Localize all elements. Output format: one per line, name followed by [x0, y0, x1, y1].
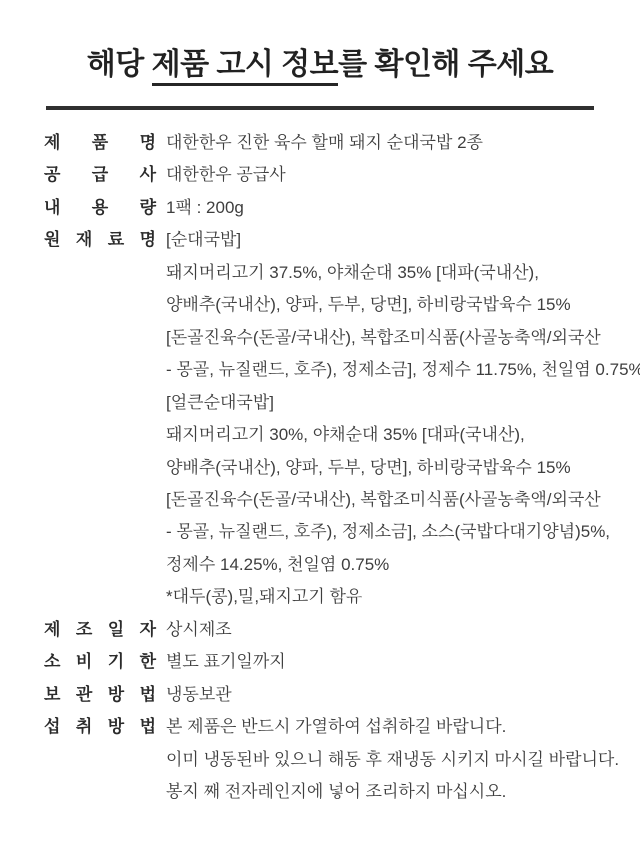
value-manufacture-date: 상시제조 [166, 614, 232, 646]
ingredient-line: 양배추(국내산), 양파, 두부, 당면], 하비랑국밥육수 15% [166, 452, 640, 484]
storage-method-line: 냉동보관 [166, 679, 232, 711]
supplier-line: 대한한우 공급사 [166, 159, 286, 191]
page-title-underlined-phrase: 제품 고시 정보 [152, 48, 339, 86]
row-consumption-method: 섭 취 방 법 본 제품은 반드시 가열하여 섭취하길 바랍니다.이미 냉동된바… [44, 711, 640, 808]
label-product-name: 제 품 명 [44, 127, 156, 159]
row-supplier: 공 급 사 대한한우 공급사 [44, 159, 640, 191]
value-product-name: 대한한우 진한 육수 할매 돼지 순대국밥 2종 [166, 127, 483, 159]
ingredient-line: - 몽골, 뉴질랜드, 호주), 정제소금], 정제수 11.75%, 천일염 … [166, 354, 640, 386]
ingredient-line: *대두(콩),밀,돼지고기 함유 [166, 581, 640, 613]
ingredient-line: 돼지머리고기 37.5%, 야채순대 35% [대파(국내산), [166, 257, 640, 289]
label-storage-method: 보 관 방 법 [44, 679, 156, 711]
ingredient-line: [돈골진육수(돈골/국내산), 복합조미식품(사골농축액/외국산 [166, 484, 640, 516]
consumption-method-line: 이미 냉동된바 있으니 해동 후 재냉동 시키지 마시길 바랍니다. [166, 744, 619, 776]
consumption-method-line: 봉지 째 전자레인지에 넣어 조리하지 마십시오. [166, 776, 619, 808]
row-ingredients: 원 재 료 명 [순대국밥]돼지머리고기 37.5%, 야채순대 35% [대파… [44, 224, 640, 613]
net-content-line: 1팩 : 200g [166, 192, 244, 224]
page-title-suffix: 를 확인해 주세요 [338, 48, 553, 81]
row-product-name: 제 품 명 대한한우 진한 육수 할매 돼지 순대국밥 2종 [44, 127, 640, 159]
label-consumption-method: 섭 취 방 법 [44, 711, 156, 743]
value-storage-method: 냉동보관 [166, 679, 232, 711]
value-net-content: 1팩 : 200g [166, 192, 244, 224]
page-title-prefix: 해당 [87, 48, 152, 81]
ingredient-line: - 몽골, 뉴질랜드, 호주), 정제소금], 소스(국밥다대기양념)5%, [166, 516, 640, 548]
ingredient-line: 돼지머리고기 30%, 야채순대 35% [대파(국내산), [166, 419, 640, 451]
ingredient-line: 양배추(국내산), 양파, 두부, 당면], 하비랑국밥육수 15% [166, 289, 640, 321]
label-consume-by: 소 비 기 한 [44, 646, 156, 678]
ingredient-line: [돈골진육수(돈골/국내산), 복합조미식품(사골농축액/외국산 [166, 322, 640, 354]
row-manufacture-date: 제 조 일 자 상시제조 [44, 614, 640, 646]
value-consume-by: 별도 표기일까지 [166, 646, 286, 678]
page-title: 해당 제품 고시 정보를 확인해 주세요 [0, 42, 640, 88]
ingredient-line: [얼큰순대국밥] [166, 387, 640, 419]
ingredient-line: 정제수 14.25%, 천일염 0.75% [166, 549, 640, 581]
label-net-content: 내 용 량 [44, 192, 156, 224]
manufacture-date-line: 상시제조 [166, 614, 232, 646]
row-storage-method: 보 관 방 법 냉동보관 [44, 679, 640, 711]
title-divider [46, 106, 594, 110]
consumption-method-line: 본 제품은 반드시 가열하여 섭취하길 바랍니다. [166, 711, 619, 743]
ingredient-line: [순대국밥] [166, 224, 640, 256]
product-name-line: 대한한우 진한 육수 할매 돼지 순대국밥 2종 [166, 127, 483, 159]
row-net-content: 내 용 량 1팩 : 200g [44, 192, 640, 224]
product-notice-page: { "title": { "prefix": "해당 ", "underline… [0, 0, 640, 848]
label-ingredients: 원 재 료 명 [44, 224, 156, 256]
product-info-table: 제 품 명 대한한우 진한 육수 할매 돼지 순대국밥 2종 공 급 사 대한한… [44, 127, 640, 809]
row-consume-by: 소 비 기 한 별도 표기일까지 [44, 646, 640, 678]
consume-by-line: 별도 표기일까지 [166, 646, 286, 678]
label-supplier: 공 급 사 [44, 159, 156, 191]
value-ingredients: [순대국밥]돼지머리고기 37.5%, 야채순대 35% [대파(국내산),양배… [166, 224, 640, 613]
value-supplier: 대한한우 공급사 [166, 159, 286, 191]
label-manufacture-date: 제 조 일 자 [44, 614, 156, 646]
value-consumption-method: 본 제품은 반드시 가열하여 섭취하길 바랍니다.이미 냉동된바 있으니 해동 … [166, 711, 619, 808]
